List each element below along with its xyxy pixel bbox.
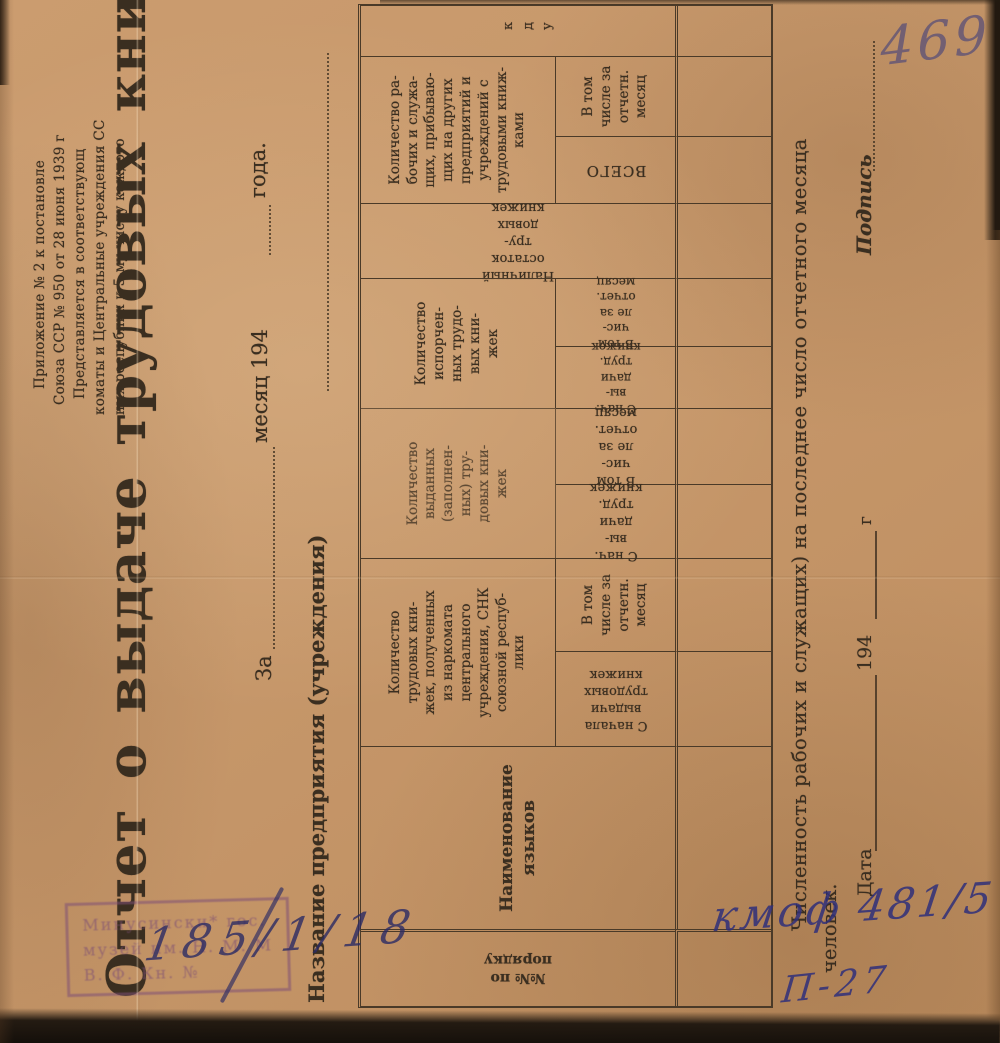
period-year-label: года. (246, 142, 270, 198)
fold-crease-vertical (136, 0, 140, 1043)
headcount-line: Численность рабочих и служащих) на после… (788, 138, 811, 931)
subcol-arrived-this-month: В том числе за отчетн. месяц (556, 56, 675, 136)
table-data-cell (675, 278, 771, 346)
org-name-line: Название предприятия (учреждения) (300, 0, 340, 1043)
note-line: Представляется в соответствующ (70, 0, 90, 415)
period-blank (272, 447, 275, 649)
col-header-balance: Наличный остаток тру- довых книжек (361, 203, 675, 278)
date-g-label: г (856, 516, 876, 525)
col-header-row-number-text: №№ по порядку (484, 951, 552, 987)
date-blank-2 (874, 531, 877, 619)
subcol-arrived-total: ВСЕГО (556, 136, 675, 203)
col-header-issued: Количество выданных (заполнен- ных) тру-… (361, 408, 556, 558)
subcol-issued-this-month: В том чис- ле за отчет. месяц (556, 408, 675, 484)
subcol-spoiled-since-start: С нач. вы- дачи труд. книжек (556, 346, 675, 408)
period-blank-2 (268, 205, 271, 255)
subcol-spoiled-this-month: В том чис- ле за отчет. месяц (556, 278, 675, 346)
table-data-cell (675, 651, 771, 746)
date-blank (874, 675, 877, 851)
period-za-label: За (252, 655, 276, 681)
col-header-balance-text: Наличный остаток тру- довых книжек (482, 199, 554, 283)
col-header-received: Количество трудовых кни- жек, полученных… (361, 558, 556, 746)
table-data-cell (675, 408, 771, 484)
scanned-document-page: Приложение № 2 к постановле Союза ССР № … (0, 0, 1000, 1043)
period-line: За месяц 194 года. (240, 0, 280, 1043)
col-header-arrived: Количество ра- бочих и служа- щих, прибы… (361, 56, 556, 203)
subcol-spoiled-this-month-text: В том чис- ле за отчет. месяц (596, 274, 635, 352)
subcol-arrived-total-text: ВСЕГО (585, 160, 646, 180)
table-data-cell (675, 56, 771, 136)
page-title: Отчет о выдаче трудовых книжек (96, 0, 158, 998)
subcol-received-this-month: В том числе за отчетн. месяц (556, 558, 675, 651)
subcol-received-since-start-text: С начала выдачи трудовых книжек (584, 665, 648, 733)
col-header-cut-off-text: к д у (499, 22, 558, 30)
period-month-label: месяц 194 (248, 329, 272, 443)
subcol-issued-this-month-text: В том чис- ле за отчет. месяц (594, 404, 637, 488)
table-data-cell (675, 136, 771, 203)
signature-blank (872, 41, 875, 171)
subcol-issued-since-start: С нач. вы- дачи труд. книжек (556, 484, 675, 558)
note-line: Приложение № 2 к постановле (30, 0, 50, 415)
report-table: №№ по порядку Наименование языков Наличн… (358, 4, 773, 1008)
org-name-blank (326, 53, 329, 391)
col-header-cut-off: к д у (361, 6, 675, 56)
table-data-cell (675, 6, 771, 56)
subcol-received-since-start: С начала выдачи трудовых книжек (556, 651, 675, 746)
table-data-cell (675, 484, 771, 558)
subcol-issued-since-start-text: С нач. вы- дачи труд. книжек (589, 479, 642, 563)
table-data-cell (675, 558, 771, 651)
table-data-cell (675, 346, 771, 408)
fold-crease-horizontal (0, 576, 1000, 579)
col-header-spoiled: Количество испорчен- ных трудо- вых кни-… (361, 278, 556, 408)
table-data-cell (675, 203, 771, 278)
note-line: Союза ССР № 950 от 28 июня 1939 г (50, 0, 70, 415)
date-year: 194 (854, 635, 876, 671)
